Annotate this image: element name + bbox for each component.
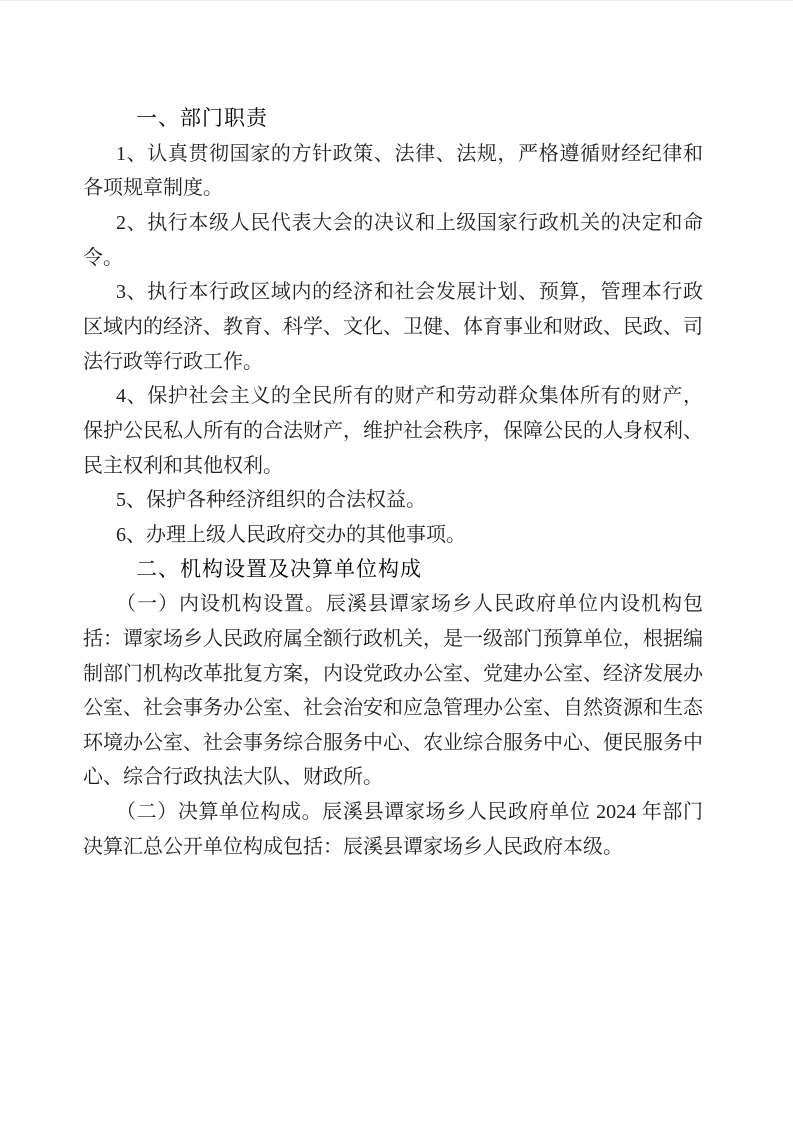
paragraph-duty-5: 5、保护各种经济组织的合法权益。 [83,483,703,518]
section-heading-department-duties: 一、部门职责 [83,102,703,137]
section-heading-org-structure: 二、机构设置及决算单位构成 [83,553,703,588]
document-page: 一、部门职责 1、认真贯彻国家的方针政策、法律、法规，严格遵循财经纪律和各项规章… [0,0,793,1122]
document-content: 一、部门职责 1、认真贯彻国家的方针政策、法律、法规，严格遵循财经纪律和各项规章… [83,102,703,864]
paragraph-final-accounts-units: （二）决算单位构成。辰溪县谭家场乡人民政府单位 2024 年部门决算汇总公开单位… [83,795,703,864]
paragraph-duty-2: 2、执行本级人民代表大会的决议和上级国家行政机关的决定和命令。 [83,206,703,275]
paragraph-duty-4: 4、保护社会主义的全民所有的财产和劳动群众集体所有的财产，保护公民私人所有的合法… [83,379,703,483]
paragraph-internal-org-setup: （一）内设机构设置。辰溪县谭家场乡人民政府单位内设机构包括：谭家场乡人民政府属全… [83,587,703,795]
paragraph-duty-3: 3、执行本行政区域内的经济和社会发展计划、预算，管理本行政区域内的经济、教育、科… [83,275,703,379]
paragraph-duty-1: 1、认真贯彻国家的方针政策、法律、法规，严格遵循财经纪律和各项规章制度。 [83,137,703,206]
paragraph-duty-6: 6、办理上级人民政府交办的其他事项。 [83,518,703,553]
